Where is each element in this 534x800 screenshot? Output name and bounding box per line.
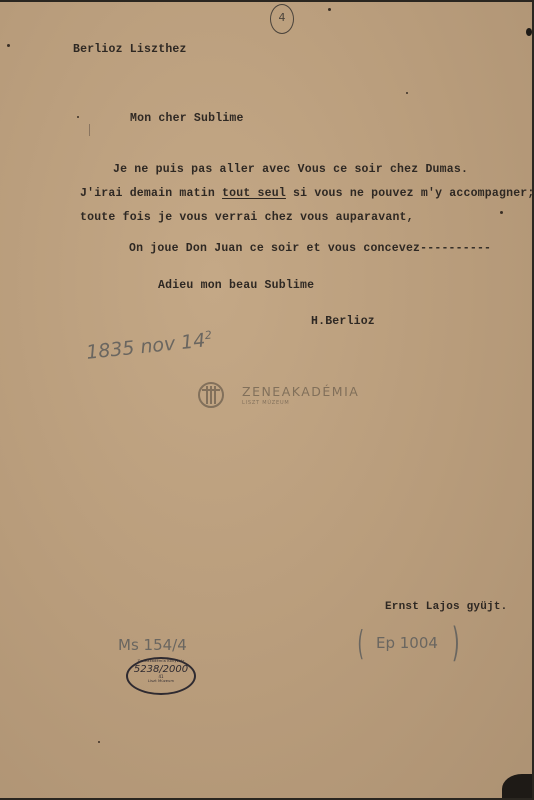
paper-speck <box>500 211 503 214</box>
watermark-title: ZENEAKADÉMIA <box>242 384 359 399</box>
closing-line: Adieu mon beau Sublime <box>158 279 314 292</box>
body-line-3: toute fois je vous verrai chez vous aupa… <box>80 211 414 224</box>
signature: H.Berlioz <box>311 315 375 328</box>
handwritten-date-sup: 2 <box>204 328 212 342</box>
left-parenthesis: ( <box>357 624 364 664</box>
underlined-phrase: tout seul <box>222 187 286 200</box>
page-corner-shadow <box>502 774 532 798</box>
collection-note: Ernst Lajos gyüjt. <box>385 601 507 613</box>
salutation: Mon cher Sublime <box>130 112 244 125</box>
page-number: 4 <box>270 4 294 34</box>
handwritten-date-text: 1835 nov 14 <box>85 330 206 364</box>
paper-speck <box>98 741 100 743</box>
library-stamp: Zeneakadémia Könyvtár 5238/2000 41 Liszt… <box>126 657 196 695</box>
right-parenthesis: ) <box>452 620 460 666</box>
zeneakademia-watermark: ZENEAKADÉMIA LISZT MÚZEUM <box>198 382 359 408</box>
body-line-2-start: J'irai demain matin <box>80 187 222 200</box>
zeneakademia-logo-icon <box>198 382 224 408</box>
paper-speck <box>406 92 408 94</box>
paper-speck <box>328 8 331 11</box>
paper-speck <box>7 44 10 47</box>
collection-number: Ep 1004 <box>376 634 438 652</box>
shelfmark: Ms 154/4 <box>118 636 187 654</box>
don-juan-line: On joue Don Juan ce soir et vous conceve… <box>129 242 491 255</box>
stamp-bottom-text: Liszt Múzeum <box>128 679 194 684</box>
handwritten-date: 1835 nov 142 <box>85 328 213 363</box>
paper-speck <box>526 28 532 36</box>
paper-speck <box>89 124 90 136</box>
body-line-1: Je ne puis pas aller avec Vous ce soir c… <box>113 163 468 176</box>
body-line-2-end: si vous ne pouvez m'y accompagner; <box>286 187 532 200</box>
letter-heading: Berlioz Liszthez <box>73 43 187 56</box>
body-line-2: J'irai demain matin tout seul si vous ne… <box>80 187 532 200</box>
watermark-subtitle: LISZT MÚZEUM <box>242 400 359 406</box>
letter-page: 4 Berlioz Liszthez Mon cher Sublime Je n… <box>0 2 532 798</box>
paper-speck <box>77 116 79 118</box>
